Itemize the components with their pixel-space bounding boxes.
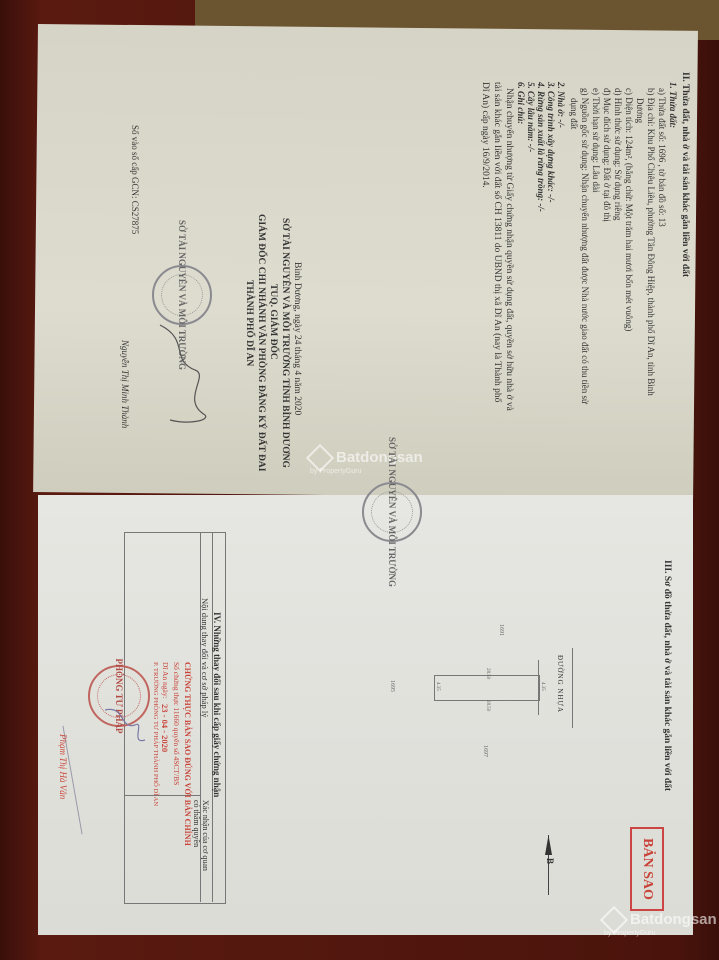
- dimension-left: 4.35: [435, 682, 440, 691]
- production-forest: 4. Rừng sản xuất là rừng trồng: -/-: [536, 82, 546, 212]
- authority-line-4: THÀNH PHỐ DĨ AN: [244, 280, 254, 366]
- usage-purpose: đ) Mục đích sử dụng: Đất ở tại đô thị: [602, 88, 612, 222]
- changes-col-authority: Xác nhận của cơ quan có thẩm quyền: [192, 800, 210, 880]
- signature-left: [150, 320, 220, 430]
- changes-col-content: Nội dung thay đổi và cơ sở pháp lý: [200, 598, 210, 717]
- neighbor-parcel-1: 1691: [498, 624, 504, 636]
- registry-number: Số vào sổ cấp GCN: CS27875: [130, 125, 140, 234]
- dimension-bottom: 28.50: [485, 700, 490, 711]
- address-line-1: b) Địa chỉ: Khu Phố Chiêu Liêu, phường T…: [646, 88, 656, 396]
- watermark-corner: Batdongsan by PropertyGuru: [604, 910, 717, 937]
- copy-stamp-text: BẢN SAO: [639, 838, 655, 900]
- notes-heading: 6. Ghi chú:: [516, 82, 526, 124]
- neighbor-parcel-3: 1697: [482, 745, 488, 757]
- neighbor-parcel-2: 1695: [389, 680, 395, 692]
- signature-certifier: [100, 700, 150, 750]
- section-ii-title: II. Thửa đất, nhà ở và tài sản khác gắn …: [680, 72, 690, 277]
- other-construction: 3. Công trình xây dựng khác: -/-: [546, 82, 556, 203]
- dimension-right: 4.35: [540, 682, 545, 691]
- notes-line-3: Dĩ An) cấp ngày 16/9/2014.: [480, 82, 490, 188]
- usage-duration: e) Thời hạn sử dụng: Lâu dài: [591, 88, 601, 192]
- official-seal-left: SỞ TÀI NGUYÊN VÀ MÔI TRƯỜNG: [152, 265, 212, 325]
- authority-line-2: TUQ. GIÁM ĐỐC: [268, 284, 278, 360]
- land-heading: 1. Thửa đất:: [668, 82, 678, 128]
- notes-line-2: tài sản khác gắn liền với đất số CH 1381…: [492, 82, 502, 402]
- area: c) Diện tích: 124m², (bằng chữ: Một trăm…: [624, 88, 634, 331]
- certification-date: 23 - 04 - 2020: [160, 704, 170, 752]
- official-seal-center: SỞ TÀI NGUYÊN VÀ MÔI TRƯỜNG: [362, 482, 422, 542]
- changes-table-title: IV. Những thay đổi sau khi cấp giấy chứn…: [212, 612, 222, 797]
- notes-line-1: Nhận chuyển nhượng từ Giấy chứng nhận qu…: [504, 88, 514, 411]
- copy-stamp: BẢN SAO: [630, 827, 664, 911]
- usage-origin-2: dụng đất: [569, 98, 579, 129]
- perennial-trees: 5. Cây lâu năm: -/-: [526, 82, 536, 152]
- issue-date: Bình Dương, ngày 24 tháng 4 năm 2020: [292, 262, 302, 415]
- watermark-center: Batdongsan by PropertyGuru: [310, 448, 423, 475]
- road-edge: [572, 648, 573, 728]
- usage-origin-1: g) Nguồn gốc sử dụng: Nhận chuyển nhượng…: [580, 88, 590, 404]
- dimension-top: 28.50: [485, 668, 490, 679]
- seal-text: SỞ TÀI NGUYÊN VÀ MÔI TRƯỜNG: [387, 437, 397, 587]
- road-label: ĐƯỜNG NHỰA: [556, 655, 564, 713]
- certification-title: CHỨNG THỰC BẢN SAO ĐÚNG VỚI BẢN CHÍNH: [183, 662, 192, 846]
- house: 2. Nhà ở: -/-: [556, 82, 566, 128]
- signer-name-left: Nguyễn Thị Minh Thành: [120, 340, 130, 428]
- authority-line-3: GIÁM ĐỐC CHI NHÁNH VĂN PHÒNG ĐĂNG KÝ ĐẤT…: [256, 214, 266, 471]
- boundary-line: [538, 660, 539, 715]
- parcel-number: a) Thửa đất số: 1696 , tờ bản đồ số: 13: [657, 88, 667, 227]
- certifier-name: Phạm Thị Hà Vân: [58, 734, 68, 799]
- certification-number: Số chứng thực 11660 quyển số 4SCT/BS: [172, 662, 181, 785]
- address-line-2: Dương: [635, 98, 645, 123]
- north-label: B: [545, 858, 555, 864]
- section-iii-title: III. Sơ đồ thửa đất, nhà ở và tài sản kh…: [662, 560, 672, 791]
- certification-date-prefix: Dĩ An ngày:: [161, 662, 170, 699]
- authority-line-1: SỞ TÀI NGUYÊN VÀ MÔI TRƯỜNG TỈNH BÌNH DƯ…: [280, 218, 290, 468]
- certification-officer-title: P. TRƯỞNG PHÒNG TƯ PHÁP THÀNH PHỐ DĨ AN: [152, 662, 159, 806]
- usage-form: d) Hình thức sử dụng: Sử dụng riêng: [613, 88, 623, 220]
